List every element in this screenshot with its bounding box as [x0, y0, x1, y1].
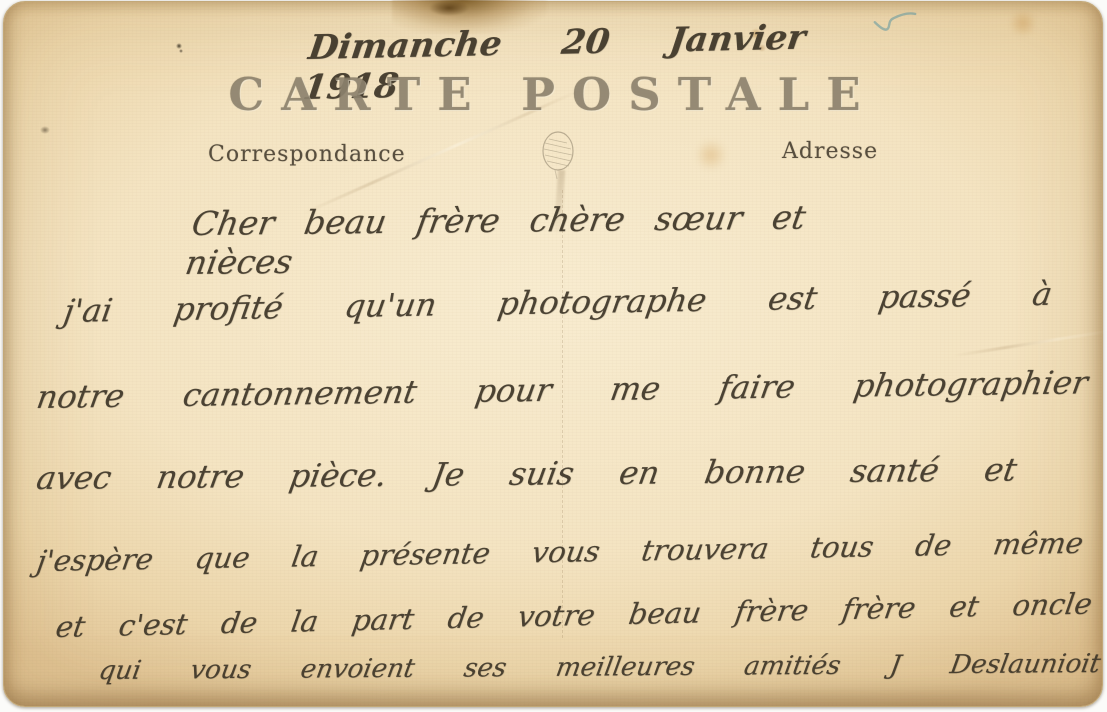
correspondance-label: Correspondance — [208, 142, 406, 167]
message-line: j'espère que la présente vous trouvera t… — [34, 526, 1085, 578]
stain — [429, 0, 469, 16]
postcard-back: Dimanche 20 Janvier 1918 CARTE POSTALE C… — [3, 1, 1103, 707]
message-line: avec notre pièce. Je suis en bonne santé… — [34, 450, 1020, 497]
paper-crease — [953, 330, 1107, 358]
ink-speck — [40, 126, 50, 134]
scan-background: Dimanche 20 Janvier 1918 CARTE POSTALE C… — [0, 0, 1107, 712]
blue-pencil-mark — [871, 8, 921, 39]
ink-speck — [175, 42, 184, 53]
message-line: et c'est de la part de votre beau frère … — [53, 587, 1094, 644]
message-line: Cher beau frère chère sœur et nièces — [183, 198, 809, 282]
adresse-label: Adresse — [782, 139, 878, 164]
stain — [1008, 10, 1038, 36]
message-line: notre cantonnement pour me faire photogr… — [34, 363, 1091, 416]
card-title: CARTE POSTALE — [4, 68, 1102, 121]
stain — [694, 140, 728, 170]
message-line-with-signature: qui vous envoient ses meilleures amitiés… — [96, 649, 1102, 686]
message-line: j'ai profité qu'un photographe est passé… — [61, 275, 1055, 330]
